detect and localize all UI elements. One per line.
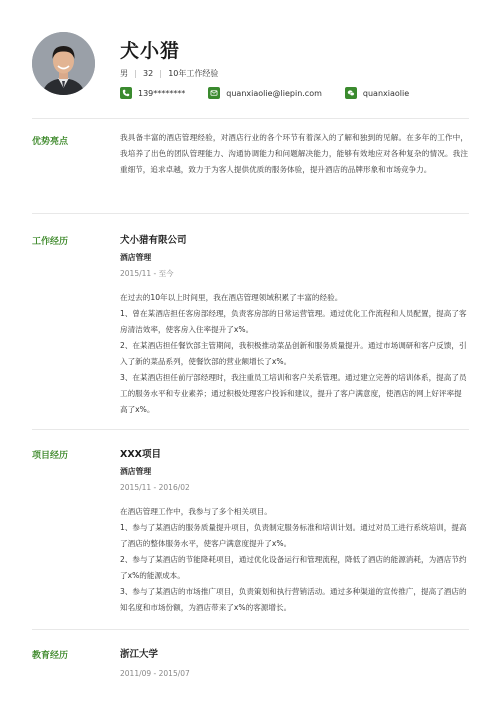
strengths-text: 我具备丰富的酒店管理经验，对酒店行业的各个环节有着深入的了解和独到的见解。在多年… [120,130,468,178]
section-title-strengths: 优势亮点 [32,134,68,147]
section-title-project: 项目经历 [32,448,68,461]
work-item: 3、在某酒店担任前厅部经理时，我注重员工培训和客户关系管理。通过建立完善的培训体… [120,370,468,418]
divider [32,213,469,214]
basic-info: 男 32 10年工作经验 [120,68,218,79]
project-item: 1、参与了某酒店的服务质量提升项目，负责制定服务标准和培训计划。通过对员工进行系… [120,520,468,552]
wechat-id: quanxiaolie [363,89,409,98]
divider [32,629,469,630]
project-name: XXX项目 [120,448,468,462]
phone-number: 139******** [138,89,185,98]
school-name: 浙江大学 [120,648,468,662]
project-item: 3、参与了某酒店的市场推广项目，负责策划和执行营销活动。通过多种渠道的宣传推广，… [120,584,468,616]
work-experience: 10年工作经验 [168,68,218,79]
contact-email[interactable]: quanxiaolie@liepin.com [208,87,322,99]
gender: 男 [120,68,128,79]
education-date-range: 2011/09 - 2015/07 [120,668,468,680]
candidate-name: 犬小猎 [120,36,180,63]
phone-icon [120,87,132,99]
work-entry: 犬小猎有限公司 酒店管理 2015/11 - 至今 在过去的10年以上时间里，我… [120,234,468,418]
project-role: 酒店管理 [120,466,468,478]
email-address: quanxiaolie@liepin.com [226,89,322,98]
contact-wechat[interactable]: quanxiaolie [345,87,409,99]
work-description: 在过去的10年以上时间里，我在酒店管理领域积累了丰富的经验。 1、曾在某酒店担任… [120,290,468,418]
project-item: 2、参与了某酒店的节能降耗项目，通过优化设备运行和管理流程，降低了酒店的能源消耗… [120,552,468,584]
contact-list: 139******** quanxiaolie@liepin.com quanx… [120,87,432,99]
profile-header: 犬小猎 男 32 10年工作经验 139******** quanxiaolie… [32,32,472,102]
company-name: 犬小猎有限公司 [120,234,468,248]
work-date-range: 2015/11 - 至今 [120,268,468,280]
strengths-body: 我具备丰富的酒店管理经验，对酒店行业的各个环节有着深入的了解和独到的见解。在多年… [120,130,468,178]
work-item: 1、曾在某酒店担任客房部经理，负责客房部的日常运营管理。通过优化工作流程和人员配… [120,306,468,338]
divider [32,118,469,119]
section-title-work: 工作经历 [32,234,68,247]
divider [32,429,469,430]
section-title-education: 教育经历 [32,648,68,661]
email-icon [208,87,220,99]
project-date-range: 2015/11 - 2016/02 [120,482,468,494]
project-entry: XXX项目 酒店管理 2015/11 - 2016/02 在酒店管理工作中，我参… [120,448,468,616]
separator [160,70,161,78]
contact-phone[interactable]: 139******** [120,87,185,99]
avatar [32,32,95,95]
age: 32 [143,69,153,78]
avatar-photo-icon [32,32,95,95]
education-entry: 浙江大学 2011/09 - 2015/07 [120,648,468,680]
job-role: 酒店管理 [120,252,468,264]
project-intro: 在酒店管理工作中，我参与了多个相关项目。 [120,504,468,520]
project-description: 在酒店管理工作中，我参与了多个相关项目。 1、参与了某酒店的服务质量提升项目，负… [120,504,468,616]
work-intro: 在过去的10年以上时间里，我在酒店管理领域积累了丰富的经验。 [120,290,468,306]
separator [135,70,136,78]
work-item: 2、在某酒店担任餐饮部主管期间，我积极推动菜品创新和服务质量提升。通过市场调研和… [120,338,468,370]
wechat-icon [345,87,357,99]
